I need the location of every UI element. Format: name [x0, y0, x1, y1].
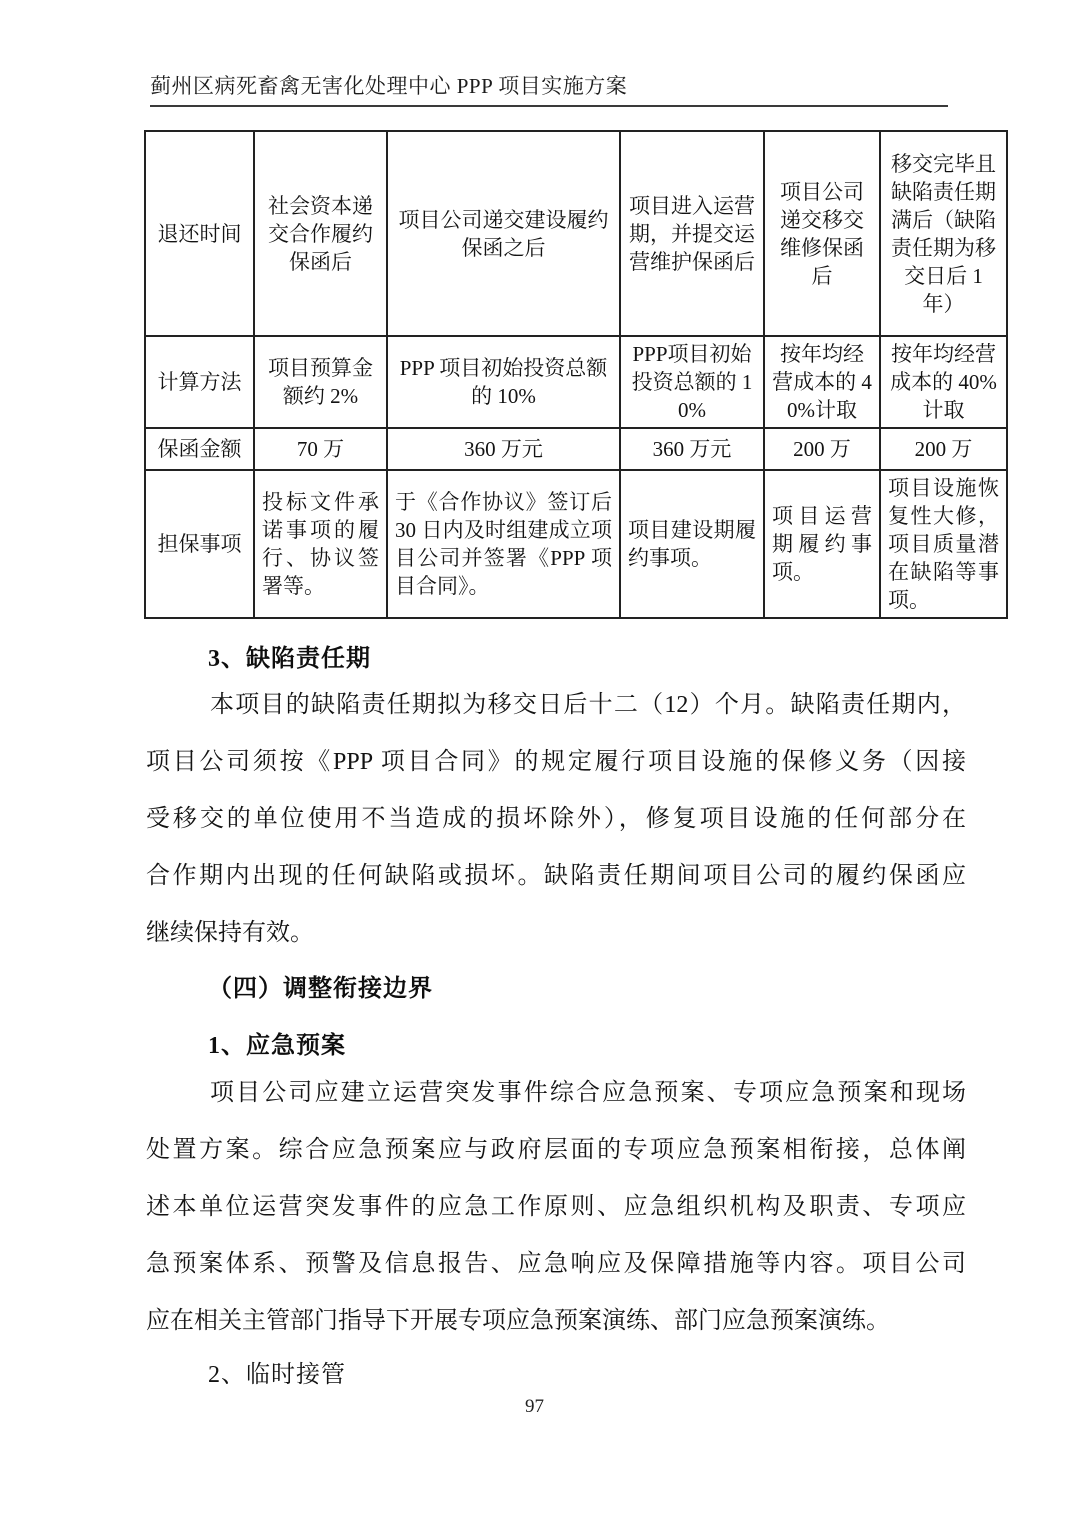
row-header-cell: 保函金额 [145, 428, 254, 470]
table-cell: 项目建设期履约事项。 [620, 470, 764, 618]
table-cell: 200 万 [880, 428, 1007, 470]
table-cell: 200 万 [764, 428, 880, 470]
table-cell: 于《合作协议》签订后 30 日内及时组建成立项目公司并签署《PPP 项目合同》。 [387, 470, 620, 618]
table-row-guarantee-amount: 保函金额 70 万 360 万元 360 万元 200 万 200 万 [145, 428, 1007, 470]
table-row-return-time: 退还时间 社会资本递交合作履约保函后 项目公司递交建设履约保函之后 项目进入运营… [145, 131, 1007, 336]
section-heading-adjust-boundary: （四）调整衔接边界 [146, 971, 1069, 1008]
document-header-title: 蓟州区病死畜禽无害化处理中心 PPP 项目实施方案 [150, 74, 948, 107]
table-cell: 项目公司递交移交维修保函后 [764, 131, 880, 336]
guarantee-table: 退还时间 社会资本递交合作履约保函后 项目公司递交建设履约保函之后 项目进入运营… [144, 130, 1008, 619]
table-cell: 项目公司递交建设履约保函之后 [387, 131, 620, 336]
table-cell: PPP 项目初始投资总额的 10% [387, 336, 620, 428]
table-row-calc-method: 计算方法 项目预算金额约 2% PPP 项目初始投资总额的 10% PPP项目初… [145, 336, 1007, 428]
paragraph-line: 述本单位运营突发事件的应急工作原则、应急组织机构及职责、专项应 [146, 1179, 966, 1236]
row-header-cell: 退还时间 [145, 131, 254, 336]
page-number: 97 [0, 1396, 1069, 1418]
table-cell: 移交完毕且缺陷责任期满后（缺陷责任期为移交日后 1 年） [880, 131, 1007, 336]
table-cell: 项目进入运营期，并提交运营维护保函后 [620, 131, 764, 336]
document-page: 蓟州区病死畜禽无害化处理中心 PPP 项目实施方案 退还时间 社会资本递交合作履… [0, 0, 1069, 1514]
table-cell: 按年均经营成本的 40%计取 [764, 336, 880, 428]
paragraph-defect-period: 本项目的缺陷责任期拟为移交日后十二（12）个月。缺陷责任期内， 项目公司须按《P… [146, 677, 966, 962]
table-cell: 360 万元 [387, 428, 620, 470]
section-heading-emergency-plan: 1、应急预案 [146, 1028, 1069, 1065]
row-header-cell: 担保事项 [145, 470, 254, 618]
table-cell: 项目设施恢复性大修，项目质量潜在缺陷等事项。 [880, 470, 1007, 618]
table-cell: 项目预算金额约 2% [254, 336, 387, 428]
table-row-guarantee-matters: 担保事项 投标文件承诺事项的履行、协议签署等。 于《合作协议》签订后 30 日内… [145, 470, 1007, 618]
paragraph-line: 处置方案。综合应急预案应与政府层面的专项应急预案相衔接，总体阐 [146, 1122, 966, 1179]
table-cell: 按年均经营成本的 40%计取 [880, 336, 1007, 428]
paragraph-line: 继续保持有效。 [146, 905, 966, 962]
row-header-cell: 计算方法 [145, 336, 254, 428]
paragraph-line: 本项目的缺陷责任期拟为移交日后十二（12）个月。缺陷责任期内， [146, 677, 966, 734]
paragraph-line: 受移交的单位使用不当造成的损坏除外），修复项目设施的任何部分在 [146, 791, 966, 848]
table-cell: 投标文件承诺事项的履行、协议签署等。 [254, 470, 387, 618]
table-cell: 70 万 [254, 428, 387, 470]
table-cell: PPP项目初始投资总额的 10% [620, 336, 764, 428]
table-cell: 社会资本递交合作履约保函后 [254, 131, 387, 336]
table-cell: 360 万元 [620, 428, 764, 470]
paragraph-emergency-plan: 项目公司应建立运营突发事件综合应急预案、专项应急预案和现场 处置方案。综合应急预… [146, 1065, 966, 1350]
table-cell: 项目运营期履约事项。 [764, 470, 880, 618]
section-heading-defect-period: 3、缺陷责任期 [146, 642, 1069, 677]
paragraph-line: 应在相关主管部门指导下开展专项应急预案演练、部门应急预案演练。 [146, 1293, 966, 1350]
paragraph-line: 项目公司须按《PPP 项目合同》的规定履行项目设施的保修义务（因接 [146, 734, 966, 791]
paragraph-line: 项目公司应建立运营突发事件综合应急预案、专项应急预案和现场 [146, 1065, 966, 1122]
section-heading-temporary-takeover: 2、临时接管 [146, 1352, 1069, 1398]
paragraph-line: 急预案体系、预警及信息报告、应急响应及保障措施等内容。项目公司 [146, 1236, 966, 1293]
paragraph-line: 合作期内出现的任何缺陷或损坏。缺陷责任期间项目公司的履约保函应 [146, 848, 966, 905]
